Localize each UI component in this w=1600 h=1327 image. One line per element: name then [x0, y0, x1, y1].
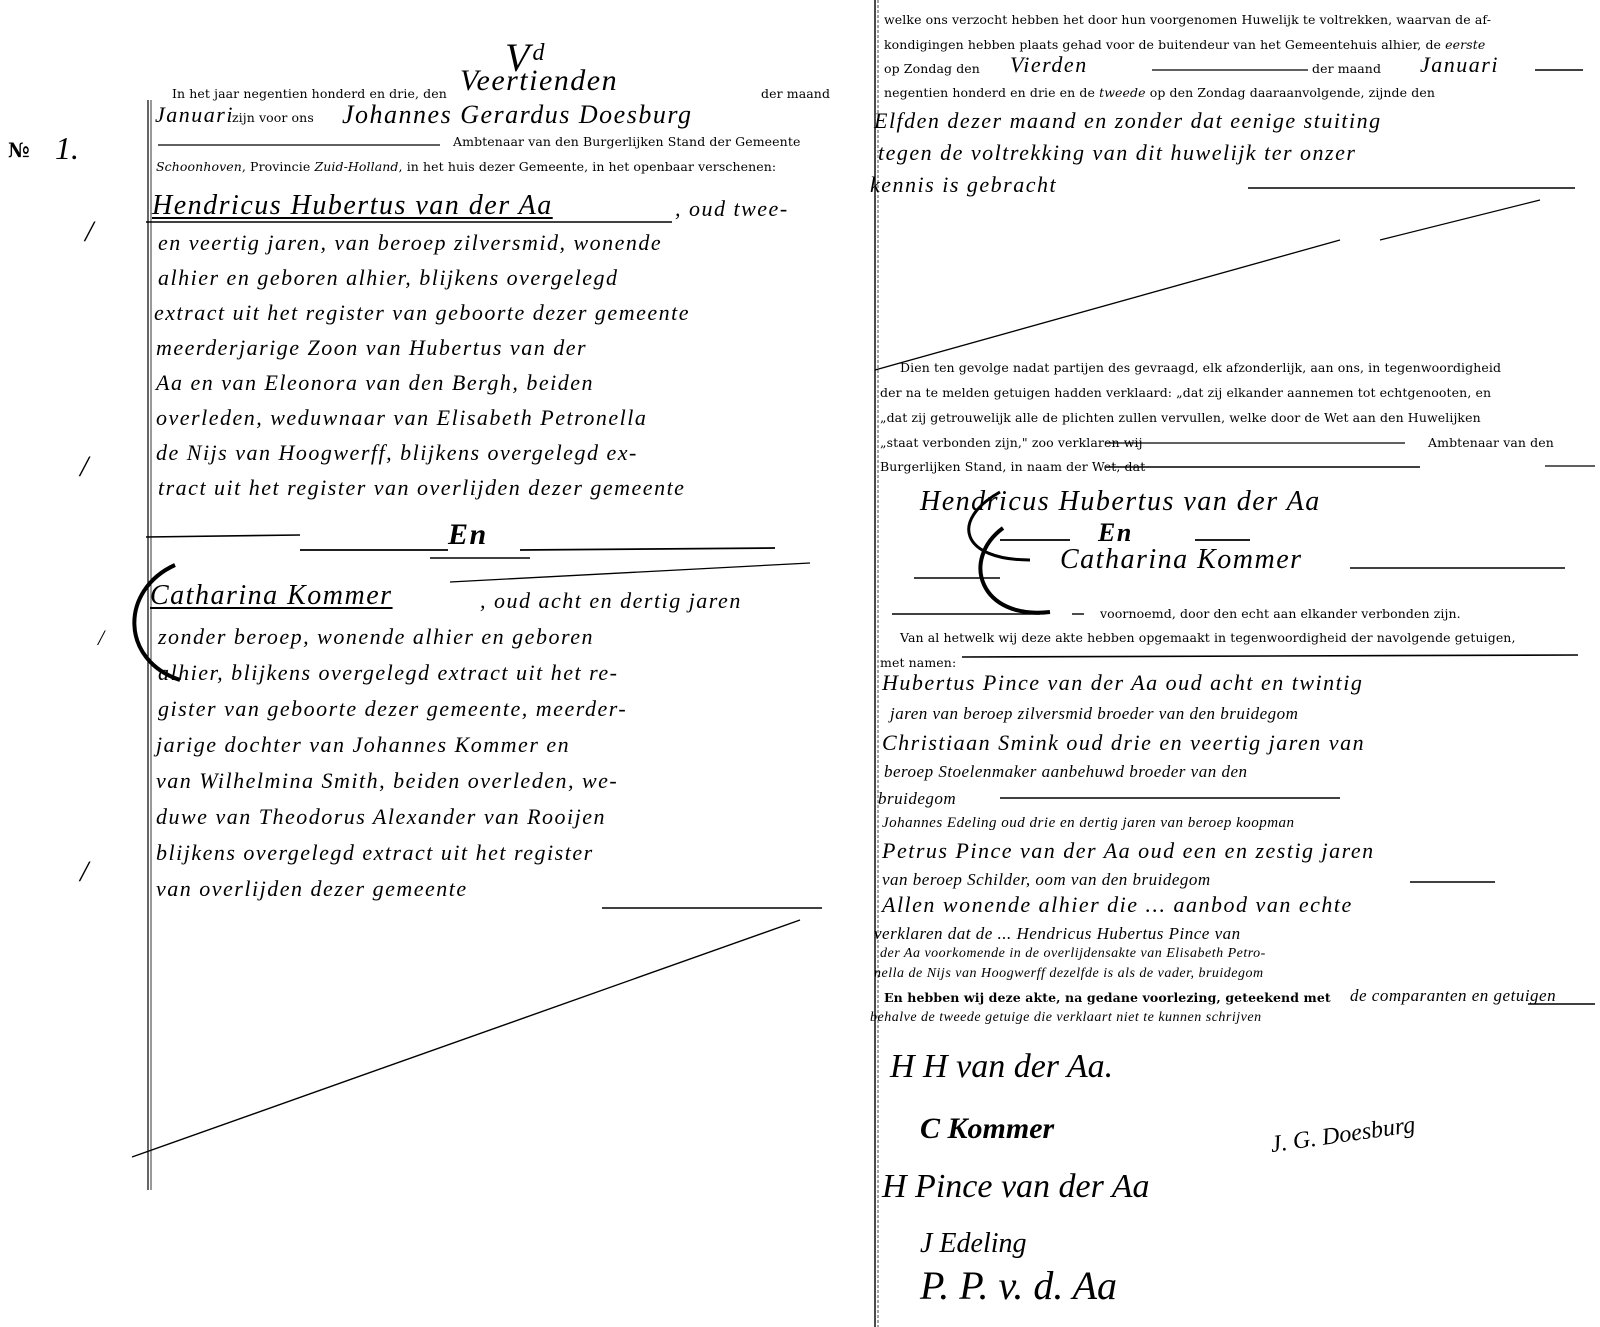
declared-groom: Hendricus Hubertus van der Aa [920, 486, 1321, 518]
groom-name: Hendricus Hubertus van der Aa [152, 190, 553, 222]
banns-month: Januari [1420, 52, 1499, 78]
bride-line: alhier, blijkens overgelegd extract uit … [158, 660, 618, 686]
banns-line-1: welke ons verzocht hebben het door hun v… [884, 12, 1491, 27]
declaration-closing: voornoemd, door den echt aan elkander ve… [1100, 606, 1461, 621]
intro-line-2: zijn voor ons [232, 110, 314, 125]
signature-bride: C Kommer [920, 1112, 1054, 1146]
groom-line: extract uit het register van geboorte de… [154, 300, 690, 326]
witness-line: beroep Stoelenmaker aanbehuwd broeder va… [884, 762, 1248, 782]
first-banns: eerste [1445, 37, 1485, 52]
banns-line-2: kondigingen hebben plaats gehad voor de … [884, 37, 1485, 52]
marriage-day: Veertienden [460, 64, 618, 98]
margin-mark: / [85, 215, 93, 249]
intro-line-3: Ambtenaar van den Burgerlijken Stand der… [453, 134, 800, 149]
declaration-line: der na te melden getuigen hadden verklaa… [880, 385, 1491, 400]
witness-line: jaren van beroep zilversmid broeder van … [890, 704, 1298, 724]
signature-witness-4: P. P. v. d. Aa [920, 1262, 1117, 1309]
intro-line-1: In het jaar negentien honderd en drie, d… [172, 86, 447, 101]
witness-line: Christiaan Smink oud drie en veertig jar… [882, 730, 1365, 756]
groom-line: Aa en van Eleonora van den Bergh, beiden [156, 370, 594, 396]
groom-line: meerderjarige Zoon van Hubertus van der [156, 335, 587, 361]
signature-witness-1: H Pince van der Aa [882, 1168, 1150, 1206]
intro-line-1-end: der maand [761, 86, 830, 101]
record-number-value: 1. [55, 130, 79, 167]
declaration-line: Dien ten gevolge nadat partijen des gevr… [900, 360, 1501, 375]
signature-official: J. G. Doesburg [1269, 1112, 1417, 1159]
signing-exception: behalve de tweede getuige die verklaart … [870, 1010, 1262, 1026]
witnesses-label: met namen: [880, 655, 956, 670]
witness-line: Johannes Edeling oud drie en dertig jare… [882, 815, 1295, 832]
witness-line: verklaren dat de ... Hendricus Hubertus … [874, 924, 1241, 944]
declaration-line-4: „staat verbonden zijn," zoo verklaren wi… [880, 435, 1143, 450]
declaration-line-4-end: Ambtenaar van den [1428, 435, 1554, 450]
right-page: welke ons verzocht hebben het door hun v… [860, 0, 1600, 1327]
bride-line: , oud acht en dertig jaren [480, 588, 742, 614]
banns-line-3-mid: der maand [1312, 61, 1381, 76]
bride-line: zonder beroep, wonende alhier en geboren [158, 624, 594, 650]
second-banns: tweede [1099, 85, 1146, 100]
banns-hand-line: Elfden dezer maand en zonder dat eenige … [874, 108, 1382, 134]
witness-line: nella de Nijs van Hoogwerff dezelfde is … [874, 966, 1264, 982]
bride-name: Catharina Kommer [150, 580, 393, 612]
bride-line: jarige dochter van Johannes Kommer en [156, 732, 570, 758]
banns-hand-line: kennis is gebracht [870, 172, 1057, 198]
banns-line-4: negentien honderd en drie en de tweede o… [884, 85, 1435, 100]
bride-line: van overlijden dezer gemeente [156, 876, 468, 902]
groom-line: de Nijs van Hoogwerff, blijkens overgele… [156, 440, 638, 466]
intro-line-4: Schoonhoven, Provincie Zuid-Holland, in … [156, 159, 776, 174]
groom-line: overleden, weduwnaar van Elisabeth Petro… [156, 405, 647, 431]
margin-mark: / [80, 450, 88, 484]
signing-clause-hand: de comparanten en getuigen [1350, 986, 1556, 1006]
bride-line: blijkens overgelegd extract uit het regi… [156, 840, 594, 866]
witness-line: Petrus Pince van der Aa oud een en zesti… [882, 838, 1375, 864]
groom-line: tract uit het register van overlijden de… [158, 475, 685, 501]
left-page: № 1. Vᵈ / / / / In het jaar negentien ho… [0, 0, 860, 1327]
witness-line: bruidegom [878, 789, 956, 809]
margin-mark: / [98, 625, 104, 651]
record-number-label: № [8, 138, 30, 162]
witness-line: der Aa voorkomende in de overlijdensakte… [880, 946, 1266, 962]
witnesses-intro: Van al hetwelk wij deze akte hebben opge… [900, 630, 1516, 645]
conjunction-en: En [448, 518, 488, 552]
banns-day: Vierden [1010, 52, 1088, 78]
witness-line: Hubertus Pince van der Aa oud acht en tw… [882, 670, 1363, 696]
bride-line: duwe van Theodorus Alexander van Rooijen [156, 804, 606, 830]
groom-line: en veertig jaren, van beroep zilversmid,… [158, 230, 662, 256]
bride-line: van Wilhelmina Smith, beiden overleden, … [156, 768, 618, 794]
signing-clause: En hebben wij deze akte, na gedane voorl… [884, 990, 1331, 1005]
declared-bride: Catharina Kommer [1060, 544, 1303, 576]
municipality: Schoonhoven [156, 159, 242, 174]
witness-line: van beroep Schilder, oom van den bruideg… [882, 870, 1211, 890]
declaration-line-5: Burgerlijken Stand, in naam der Wet, dat [880, 459, 1145, 474]
province: Zuid-Holland [314, 159, 398, 174]
signature-witness-3: J Edeling [920, 1228, 1027, 1260]
margin-mark: / [80, 855, 88, 889]
groom-line: alhier en geboren alhier, blijkens overg… [158, 265, 619, 291]
signature-groom: H H van der Aa. [890, 1048, 1113, 1086]
declaration-line: „dat zij getrouwelijk alle de plichten z… [880, 410, 1481, 425]
official-name: Johannes Gerardus Doesburg [342, 100, 693, 130]
bride-line: gister van geboorte dezer gemeente, meer… [158, 696, 627, 722]
marriage-month: Januari [155, 102, 234, 128]
banns-hand-line: tegen de voltrekking van dit huwelijk te… [878, 140, 1356, 166]
witness-line: Allen wonende alhier die ... aanbod van … [882, 892, 1353, 918]
groom-line: , oud twee- [675, 196, 789, 222]
banns-line-3: op Zondag den [884, 61, 980, 76]
